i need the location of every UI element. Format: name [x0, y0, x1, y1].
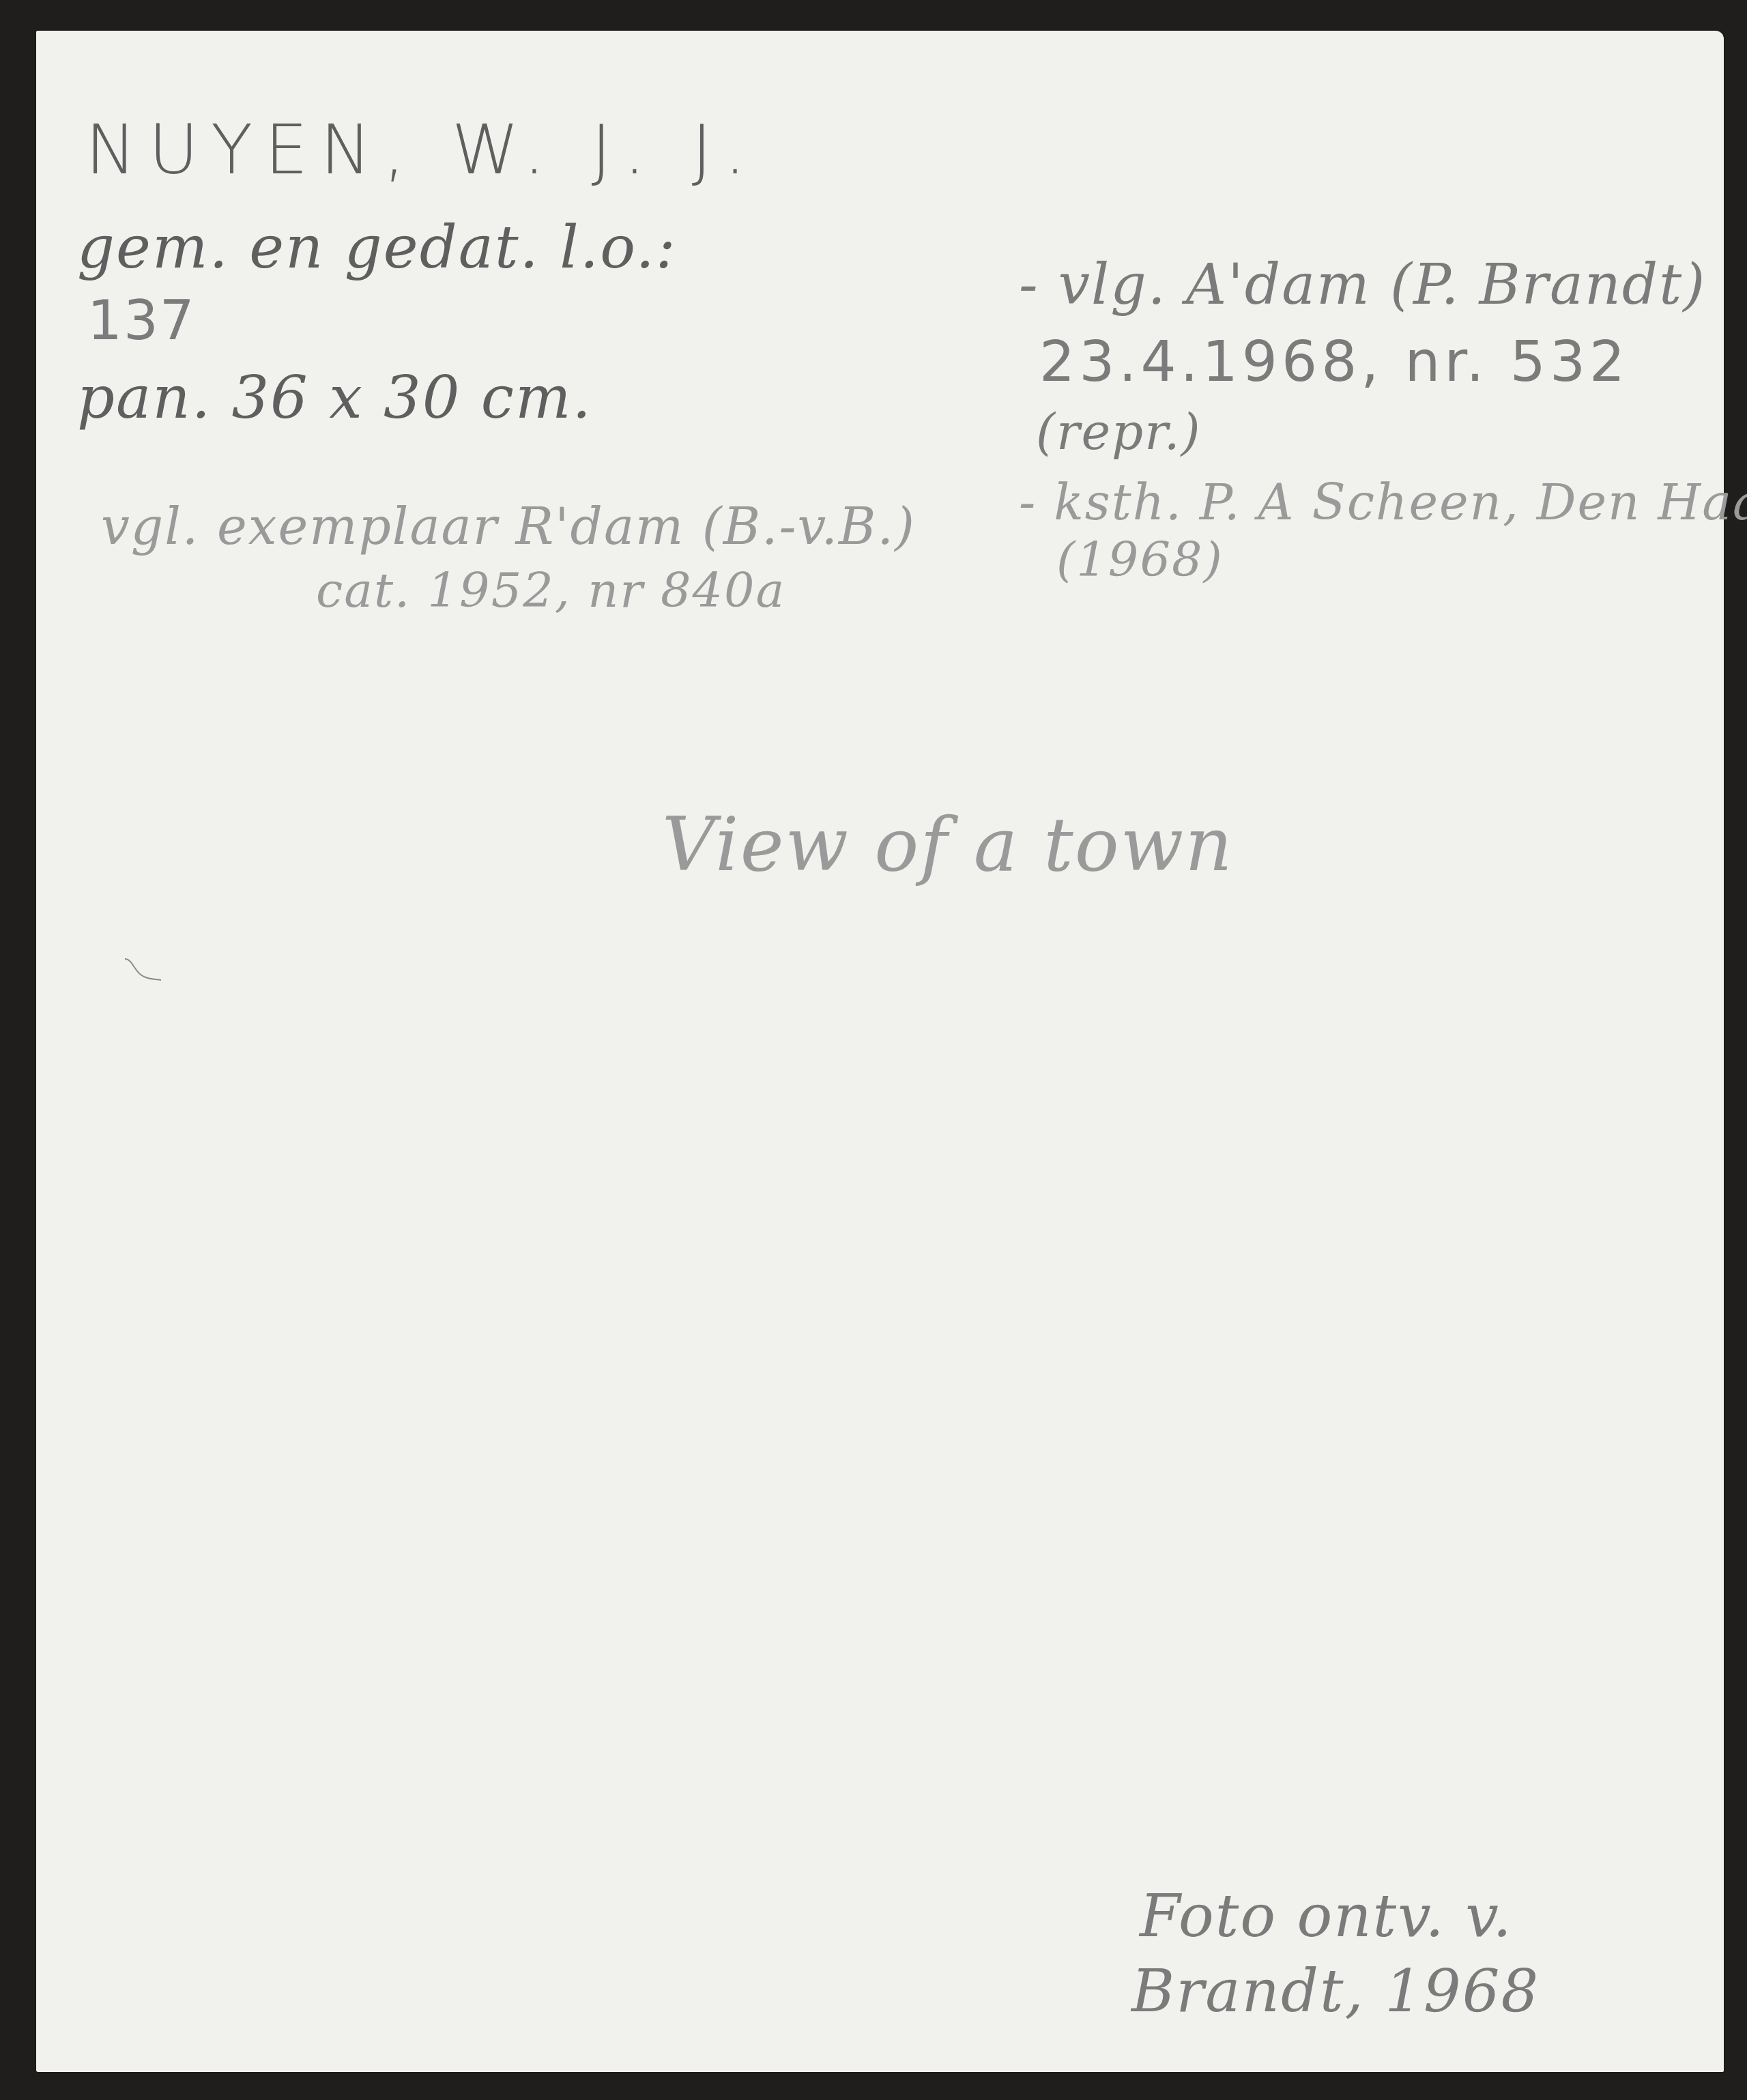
- pencil-mark-icon: [121, 955, 162, 983]
- record-number: 137: [87, 293, 196, 348]
- provenance-dealer-year: (1968): [1056, 536, 1224, 584]
- provenance-dealer: - ksth. P. A Scheen, Den Haag: [1019, 478, 1747, 527]
- photo-source-line2: Brandt, 1968: [1131, 1962, 1540, 2021]
- provenance-sale: - vlg. A'dam (P. Brandt): [1019, 257, 1706, 313]
- record-card: NUYEN, W. J. J. gem. en gedat. l.o.: 137…: [36, 31, 1724, 2072]
- artwork-title: View of a town: [662, 809, 1234, 882]
- artist-name: NUYEN, W. J. J.: [85, 116, 758, 184]
- comparison-note-line2: cat. 1952, nr 840a: [316, 566, 785, 614]
- support-dimensions: pan. 36 x 30 cm.: [77, 369, 592, 427]
- signature-note: gem. en gedat. l.o.:: [77, 218, 677, 277]
- provenance-sale-date: 23.4.1968, nr. 532: [1039, 334, 1629, 390]
- photo-source-line1: Foto ontv. v.: [1140, 1887, 1513, 1946]
- comparison-note-line1: vgl. exemplaar R'dam (B.-v.B.): [101, 502, 916, 552]
- provenance-repr: (repr.): [1036, 407, 1202, 457]
